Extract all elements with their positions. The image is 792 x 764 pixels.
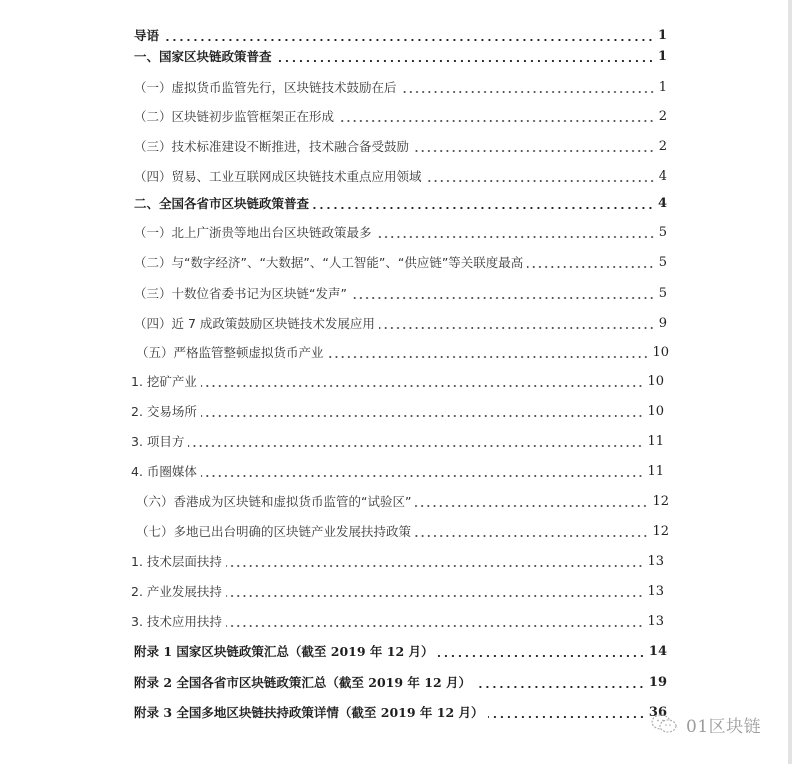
toc-entry[interactable]: （四）贸易、工业互联网成区块链技术重点应用领域 4 [134, 167, 667, 187]
toc-page-number: 19 [647, 673, 667, 693]
dot-leader [199, 372, 646, 392]
toc-entry[interactable]: （一）虚拟货币监管先行，区块链技术鼓励在后 1 [134, 78, 667, 98]
watermark-text: 01区块链 [686, 712, 761, 737]
dot-leader [349, 284, 657, 304]
toc-entry-title: （一）虚拟货币监管先行，区块链技术鼓励在后 [134, 78, 399, 98]
dot-leader [473, 673, 647, 693]
toc-entry[interactable]: 4. 币圈媒体 11 [131, 462, 664, 482]
toc-entry-appendix-3[interactable]: 附录 3 全国多地区块链扶持政策详情（截至 2019 年 12 月） 36 [134, 703, 667, 723]
toc-page-number: 5 [657, 223, 667, 243]
dot-leader [336, 107, 657, 127]
toc-page-number: 13 [645, 552, 664, 572]
toc-entry-title: 二、全国各省市区块链政策普查 [134, 194, 311, 214]
toc-page-number: 10 [645, 402, 664, 422]
toc-entry-appendix-2[interactable]: 附录 2 全国各省市区块链政策汇总（截至 2019 年 12 月） 19 [134, 673, 667, 693]
dot-leader [224, 612, 646, 632]
dot-leader [436, 642, 647, 662]
toc-entry[interactable]: 2. 产业发展扶持 13 [131, 582, 664, 602]
toc-entry-title: 1. 挖矿产业 [131, 372, 199, 392]
dot-leader [377, 314, 657, 334]
toc-entry-title: 1. 技术层面扶持 [131, 552, 224, 572]
toc-page-number: 9 [657, 314, 667, 334]
toc-entry-section-1[interactable]: 一、国家区块链政策普查 1 [134, 47, 667, 67]
toc-page-number: 1 [656, 47, 667, 67]
toc-entry-title: 3. 项目方 [131, 432, 186, 452]
toc-entry-title: （二）区块链初步监管框架正在形成 [134, 107, 336, 127]
wechat-icon [650, 713, 678, 735]
toc-entry[interactable]: 2. 交易场所 10 [131, 402, 664, 422]
toc-page-number: 4 [656, 194, 667, 214]
toc-entry[interactable]: （三）技术标准建设不断推进，技术融合备受鼓励 2 [134, 137, 667, 157]
toc-entry[interactable]: （六）香港成为区块链和虚拟货币监管的“试验区” 12 [136, 492, 669, 512]
toc-page-number: 11 [645, 432, 664, 452]
toc-entry[interactable]: （二）与“数字经济”、“大数据”、“人工智能”、“供应链”等关联度最高 5 [134, 253, 667, 273]
toc-entry-title: 导语 [134, 26, 161, 46]
toc-entry-appendix-1[interactable]: 附录 1 国家区块链政策汇总（截至 2019 年 12 月） 14 [134, 642, 667, 662]
dot-leader [411, 137, 657, 157]
toc-entry[interactable]: 1. 挖矿产业 10 [131, 372, 664, 392]
dot-leader [199, 402, 646, 422]
toc-entry[interactable]: （五）严格监管整顿虚拟货币产业 10 [136, 343, 669, 363]
toc-entry-title: （三）技术标准建设不断推进，技术融合备受鼓励 [134, 137, 411, 157]
toc-entry[interactable]: （三）十数位省委书记为区块链“发声” 5 [134, 284, 667, 304]
toc-entry-title: 2. 交易场所 [131, 402, 199, 422]
toc-entry[interactable]: 1. 技术层面扶持 13 [131, 552, 664, 572]
toc-entry-title: 2. 产业发展扶持 [131, 582, 224, 602]
dot-leader [424, 167, 657, 187]
dot-leader [525, 253, 656, 273]
dot-leader [199, 462, 646, 482]
page-edge-strip [788, 0, 792, 764]
toc-entry-title: （四）近 7 成政策鼓励区块链技术发展应用 [134, 314, 377, 334]
toc-page-number: 11 [645, 462, 664, 482]
dot-leader [486, 703, 647, 723]
dot-leader [413, 522, 650, 542]
toc-page-number: 2 [657, 137, 667, 157]
toc-page-number: 10 [650, 343, 669, 363]
toc-entry-title: （六）香港成为区块链和虚拟货币监管的“试验区” [136, 492, 413, 512]
dot-leader [326, 343, 651, 363]
toc-entry-title: 4. 币圈媒体 [131, 462, 199, 482]
toc-entry-title: 一、国家区块链政策普查 [134, 47, 274, 67]
toc-entry-title: （五）严格监管整顿虚拟货币产业 [136, 343, 326, 363]
dot-leader [413, 492, 650, 512]
toc-page-number: 12 [650, 492, 669, 512]
toc-page-number: 1 [656, 26, 667, 46]
toc-page-number: 1 [657, 78, 667, 98]
toc-page-number: 13 [645, 582, 664, 602]
toc-entry[interactable]: 3. 项目方 11 [131, 432, 664, 452]
toc-entry-section-2[interactable]: 二、全国各省市区块链政策普查 4 [134, 194, 667, 214]
dot-leader [399, 78, 657, 98]
toc-entry[interactable]: （二）区块链初步监管框架正在形成 2 [134, 107, 667, 127]
dot-leader [274, 47, 656, 67]
table-of-contents: 导语 1 一、国家区块链政策普查 1 （一）虚拟货币监管先行，区块链技术鼓励在后… [0, 0, 792, 764]
dot-leader [186, 432, 645, 452]
toc-page-number: 4 [657, 167, 667, 187]
watermark: 01区块链 [650, 712, 761, 736]
toc-entry[interactable]: （七）多地已出台明确的区块链产业发展扶持政策 12 [136, 522, 669, 542]
toc-page-number: 14 [647, 642, 667, 662]
toc-entry-title: （三）十数位省委书记为区块链“发声” [134, 284, 349, 304]
toc-entry[interactable]: （四）近 7 成政策鼓励区块链技术发展应用 9 [134, 314, 667, 334]
dot-leader [224, 552, 646, 572]
toc-entry-intro[interactable]: 导语 1 [134, 26, 667, 46]
toc-entry[interactable]: （一）北上广浙贵等地出台区块链政策最多 5 [134, 223, 667, 243]
dot-leader [224, 582, 646, 602]
dot-leader [374, 223, 657, 243]
document-page: 导语 1 一、国家区块链政策普查 1 （一）虚拟货币监管先行，区块链技术鼓励在后… [0, 0, 792, 764]
dot-leader [311, 194, 656, 214]
toc-entry-title: 3. 技术应用扶持 [131, 612, 224, 632]
toc-page-number: 10 [645, 372, 664, 392]
toc-page-number: 5 [657, 284, 667, 304]
toc-page-number: 13 [645, 612, 664, 632]
toc-entry-title: 附录 3 全国多地区块链扶持政策详情（截至 2019 年 12 月） [134, 703, 486, 723]
toc-entry-title: （一）北上广浙贵等地出台区块链政策最多 [134, 223, 374, 243]
toc-entry-title: （七）多地已出台明确的区块链产业发展扶持政策 [136, 522, 413, 542]
toc-page-number: 12 [650, 522, 669, 542]
toc-page-number: 2 [657, 107, 667, 127]
toc-entry[interactable]: 3. 技术应用扶持 13 [131, 612, 664, 632]
toc-page-number: 5 [657, 253, 667, 273]
toc-entry-title: 附录 1 国家区块链政策汇总（截至 2019 年 12 月） [134, 642, 436, 662]
toc-entry-title: （二）与“数字经济”、“大数据”、“人工智能”、“供应链”等关联度最高 [134, 253, 525, 273]
toc-entry-title: 附录 2 全国各省市区块链政策汇总（截至 2019 年 12 月） [134, 673, 473, 693]
toc-entry-title: （四）贸易、工业互联网成区块链技术重点应用领域 [134, 167, 424, 187]
dot-leader [161, 26, 656, 46]
